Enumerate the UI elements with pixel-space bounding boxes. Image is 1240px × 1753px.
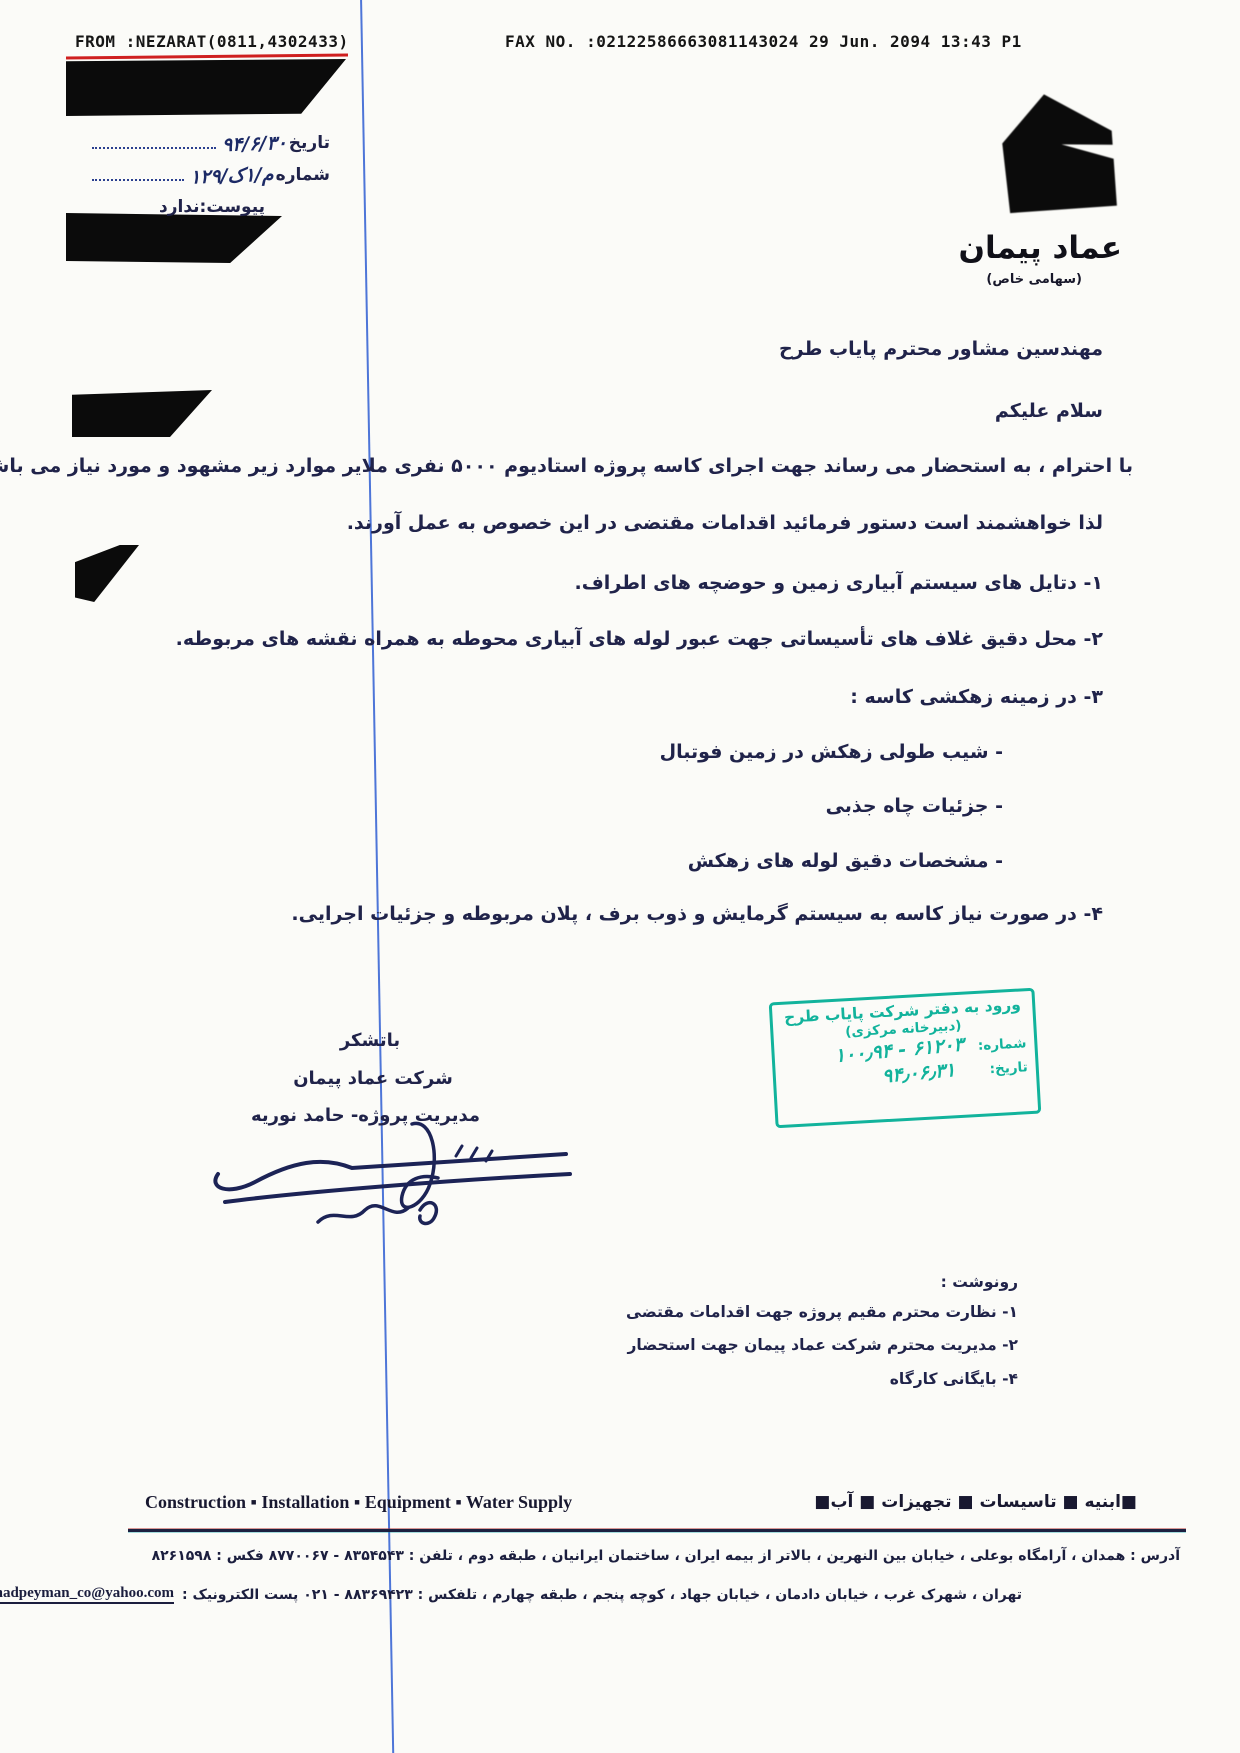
list-subitem-3: - مشخصات دقیق لوله های زهکش: [688, 850, 1003, 872]
date-label: تاریخ: [289, 133, 330, 153]
redaction-block-small: [75, 545, 139, 602]
received-stamp: ورود به دفتر شرکت پایاب طرح (دبیرخانه مر…: [769, 988, 1042, 1129]
list-subitem-1: - شیب طولی زهکش در زمین فوتبال: [660, 741, 1003, 763]
company-name: عماد پیمان: [959, 230, 1122, 266]
signature-company: شرکت عماد پیمان: [258, 1068, 488, 1089]
list-subitem-2: - جزئیات چاه جذبی: [826, 795, 1003, 817]
company-logo: [982, 88, 1122, 236]
redaction-block-top: [66, 59, 346, 116]
redaction-block-under-meta: [66, 213, 282, 263]
stamp-date-label: تاریخ:: [989, 1059, 1028, 1077]
tehran-address-text: تهران ، شهرک غرب ، خیابان دادمان ، خیابا…: [182, 1587, 1022, 1603]
number-label: شماره: [276, 165, 330, 185]
list-item-1: ۱- دتایل های سیستم آبیاری زمین و حوضچه ه…: [575, 572, 1103, 594]
house-arrow-logo-icon: [982, 88, 1122, 236]
meta-number-row: شماره ۱۲۹/م/۱ک: [92, 165, 332, 185]
scanner-line-artifact: [360, 0, 394, 1753]
letter-salutation: سلام علیکم: [995, 400, 1103, 422]
list-item-4: ۴- در صورت نیاز کاسه به سیستم گرمایش و ذ…: [291, 903, 1103, 925]
fax-number-header: FAX NO. :02122586663081143024 29 Jun. 20…: [505, 32, 1022, 51]
number-handwritten-value: ۱۲۹/م/۱ک: [190, 164, 274, 189]
footer-address-tehran: تهران ، شهرک غرب ، خیابان دادمان ، خیابا…: [0, 1585, 1022, 1604]
list-item-2: ۲- محل دقیق غلاف های تأسیساتی جهت عبور ل…: [176, 628, 1103, 650]
cc-item-3: ۴- بایگانی کارگاه: [890, 1370, 1018, 1388]
footer-divider: [128, 1529, 1186, 1532]
email-address: emadpeyman_co@yahoo.com: [0, 1585, 174, 1604]
date-handwritten-value: ۹۴/۶/۳۰: [222, 132, 288, 156]
stamp-date-value: ۹۴٫۰۶٫۳۱: [881, 1059, 956, 1088]
meta-attachment-row: پیوست:ندارد: [92, 197, 332, 217]
handwritten-signature: [200, 1118, 580, 1228]
attachment-text: پیوست:ندارد: [159, 197, 265, 217]
meta-date-row: تاریخ ۹۴/۶/۳۰: [92, 133, 332, 153]
company-type: (سهامی خاص): [986, 272, 1082, 287]
letter-recipient: مهندسین مشاور محترم پایاب طرح: [779, 338, 1103, 360]
letter-paragraph-2: لذا خواهشمند است دستور فرمائید اقدامات م…: [347, 512, 1103, 534]
footer-services-persian: ■ابنیه ■ تاسیسات ■ تجهیزات ■ آب■: [814, 1492, 1137, 1512]
letter-paragraph-1: با احترام ، به استحضار می رساند جهت اجرا…: [0, 455, 1133, 477]
list-item-3: ۳- در زمینه زهکشی کاسه :: [850, 686, 1103, 708]
fax-document-page: FROM :NEZARAT(0811,4302433) FAX NO. :021…: [0, 0, 1240, 1753]
fax-from-header: FROM :NEZARAT(0811,4302433): [75, 32, 349, 51]
dotted-leader: [92, 179, 184, 181]
redaction-block-mid: [72, 390, 212, 437]
cc-header: رونوشت :: [941, 1273, 1018, 1291]
red-line-artifact: [66, 54, 348, 60]
footer-address-hamedan: آدرس : همدان ، آرامگاه بوعلی ، خیابان بی…: [152, 1548, 1180, 1564]
signature-scribble-icon: [200, 1118, 580, 1228]
stamp-number-label: شماره:: [977, 1035, 1026, 1054]
cc-item-2: ۲- مدیریت محترم شرکت عماد پیمان جهت استح…: [627, 1336, 1018, 1354]
footer-services-english: Construction ▪ Installation ▪ Equipment …: [145, 1492, 572, 1513]
cc-item-1: ۱- نظارت محترم مقیم پروژه جهت اقدامات مق…: [626, 1303, 1018, 1321]
signature-thanks: باتشکر: [300, 1030, 440, 1051]
dotted-leader: [92, 147, 216, 149]
